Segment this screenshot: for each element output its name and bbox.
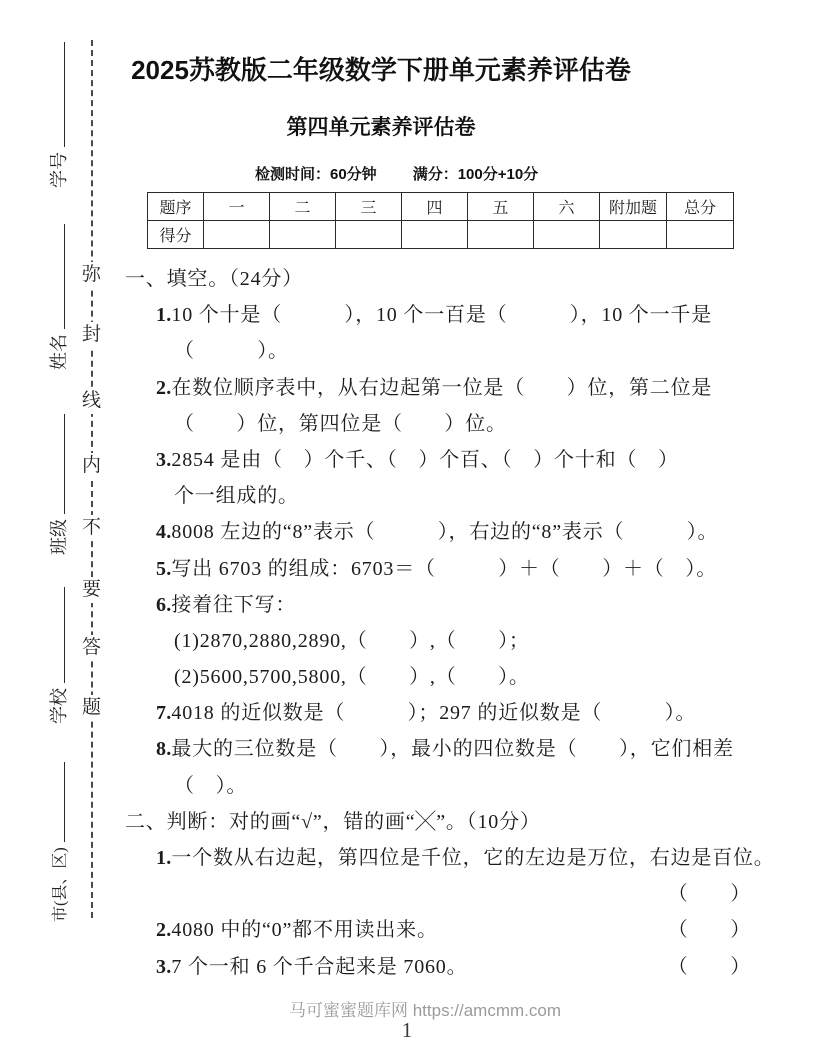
- score-table: 题序一二三四五六附加题总分 得分: [147, 192, 734, 249]
- answer-brackets: （ ）: [668, 912, 751, 948]
- question-line: 1.一个数从右边起，第四位是千位，它的左边是万位，右边是百位。: [125, 840, 773, 876]
- footer-site-link: 马可蜜蜜题库网 https://amcmm.com: [289, 996, 561, 1021]
- question-number: 1.: [156, 847, 171, 869]
- question-line: (2)5600,5700,5800,（ ）,（ ）。: [125, 659, 773, 695]
- student-field-3: 班级: [46, 414, 70, 438]
- score-table-header-cell: 附加题: [600, 193, 667, 221]
- score-table-header-cell: 四: [402, 193, 468, 221]
- question-line: （ ）。: [125, 768, 773, 804]
- question-line: 7.4018 的近似数是（ ）；297 的近似数是（ ）。: [125, 695, 773, 731]
- write-blank-line: [52, 414, 65, 514]
- seal-line-char: 内: [79, 453, 104, 479]
- score-cell: [270, 221, 336, 249]
- page-title: 2025苏教版二年级数学下册单元素养评估卷: [131, 50, 631, 87]
- question-text: 2854 是由（ ）个千、（ ）个百、（ ）个十和（ ）: [171, 449, 678, 471]
- question-line: 1.10 个十是（ ），10 个一百是（ ），10 个一千是: [125, 297, 773, 333]
- question-text: （ ）。: [174, 775, 247, 797]
- section-2-heading: 二、判断：对的画“√”，错的画“╳”。（10分）: [125, 804, 773, 840]
- question-line: (1)2870,2880,2890,（ ）,（ ）；: [125, 623, 773, 659]
- question-text: （ ）。: [174, 340, 289, 362]
- question-line: 3.2854 是由（ ）个千、（ ）个百、（ ）个十和（ ）: [125, 442, 773, 478]
- exam-paper-page: 学号姓名班级学校市(县、区)弥封线内不要答题 2025苏教版二年级数学下册单元素…: [0, 0, 816, 1056]
- seal-line-char: 弥: [79, 262, 104, 288]
- question-text: (1)2870,2880,2890,（ ）,（ ）；: [174, 630, 530, 652]
- seal-line-char: 不: [79, 515, 104, 541]
- score-table-score-row: 得分: [148, 221, 734, 249]
- score-table-header-cell: 五: [468, 193, 534, 221]
- question-number: 4.: [156, 521, 171, 543]
- student-field-label: 姓名: [45, 334, 71, 370]
- score-cell: [600, 221, 667, 249]
- score-table-header-cell: 六: [534, 193, 600, 221]
- question-line: 2.4080 中的“0”都不用读出来。（ ）: [125, 912, 773, 948]
- score-table-header-cell: 二: [270, 193, 336, 221]
- question-text: 一个数从右边起，第四位是千位，它的左边是万位，右边是百位。: [171, 847, 774, 869]
- score-cell: [336, 221, 402, 249]
- seal-line-char: 题: [79, 695, 104, 721]
- score-cell: [534, 221, 600, 249]
- score-cell: [667, 221, 734, 249]
- question-line: 5.写出 6703 的组成：6703＝（ ）＋（ ）＋（ ）。: [125, 551, 773, 587]
- student-field-label: 学校: [45, 688, 71, 724]
- score-table-header-row: 题序一二三四五六附加题总分: [148, 193, 734, 221]
- question-line: 3.7 个一和 6 个千合起来是 7060。（ ）: [125, 949, 773, 985]
- seal-line-char: 封: [79, 322, 104, 348]
- student-field-5: 市(县、区): [46, 762, 70, 786]
- score-row-label: 得分: [148, 221, 204, 249]
- write-blank-line: [52, 224, 65, 329]
- question-line: 个一组成的。: [125, 478, 773, 514]
- question-number: 5.: [156, 558, 171, 580]
- question-text: 写出 6703 的组成：6703＝（ ）＋（ ）＋（ ）。: [171, 558, 717, 580]
- question-number: 8.: [156, 738, 171, 760]
- question-number: 1.: [156, 304, 171, 326]
- write-blank-line: [52, 587, 65, 683]
- seal-line-char: 要: [79, 577, 104, 603]
- student-field-4: 学校: [46, 587, 70, 611]
- question-number: 3.: [156, 956, 171, 978]
- question-line: 2.在数位顺序表中，从右边起第一位是（ ）位，第二位是: [125, 370, 773, 406]
- answer-brackets: （ ）: [668, 949, 751, 985]
- question-number: 2.: [156, 919, 171, 941]
- student-field-1: 学号: [46, 42, 70, 66]
- write-blank-line: [52, 42, 65, 147]
- unit-subtitle: 第四单元素养评估卷: [287, 111, 476, 141]
- score-cell: [204, 221, 270, 249]
- question-text: 在数位顺序表中，从右边起第一位是（ ）位，第二位是: [171, 377, 712, 399]
- write-blank-line: [52, 762, 65, 842]
- question-text: (2)5600,5700,5800,（ ）,（ ）。: [174, 666, 530, 688]
- student-field-2: 姓名: [46, 224, 70, 248]
- question-text: 接着往下写：: [171, 594, 296, 616]
- seal-dashed-line: [91, 40, 93, 918]
- question-text: 4080 中的“0”都不用读出来。: [171, 919, 437, 941]
- student-field-label: 学号: [45, 152, 71, 188]
- question-text: 最大的三位数是（ ），最小的四位数是（ ），它们相差: [171, 738, 733, 760]
- score-cell: [468, 221, 534, 249]
- answer-brackets: （ ）: [125, 876, 773, 912]
- question-text: 8008 左边的“8”表示（ ），右边的“8”表示（ ）。: [171, 521, 718, 543]
- student-field-label: 班级: [45, 519, 71, 555]
- question-text: 10 个十是（ ），10 个一百是（ ），10 个一千是: [171, 304, 712, 326]
- question-number: 2.: [156, 377, 171, 399]
- question-number: 6.: [156, 594, 171, 616]
- score-table-header-cell: 题序: [148, 193, 204, 221]
- page-number: 1: [402, 1018, 413, 1043]
- question-text: 7 个一和 6 个千合起来是 7060。: [171, 956, 467, 978]
- question-line: 4.8008 左边的“8”表示（ ），右边的“8”表示（ ）。: [125, 514, 773, 550]
- question-line: 6.接着往下写：: [125, 587, 773, 623]
- exam-duration: 检测时间：60分钟: [255, 163, 377, 184]
- question-line: 8.最大的三位数是（ ），最小的四位数是（ ），它们相差: [125, 731, 773, 767]
- question-number: 7.: [156, 702, 171, 724]
- question-line: （ ）位，第四位是（ ）位。: [125, 406, 773, 442]
- seal-line-char: 线: [79, 388, 104, 414]
- exam-info: 检测时间：60分钟 满分：100分+10分: [255, 163, 538, 184]
- score-table-header-cell: 总分: [667, 193, 734, 221]
- student-field-label: 市(县、区): [47, 847, 70, 922]
- question-text: （ ）位，第四位是（ ）位。: [174, 413, 507, 435]
- score-table-header-cell: 一: [204, 193, 270, 221]
- seal-line-char: 答: [79, 635, 104, 661]
- exam-total-score: 满分：100分+10分: [413, 163, 538, 184]
- question-content: 一、填空。（24分）1.10 个十是（ ），10 个一百是（ ），10 个一千是…: [125, 261, 773, 985]
- question-text: 4018 的近似数是（ ）；297 的近似数是（ ）。: [171, 702, 696, 724]
- score-cell: [402, 221, 468, 249]
- score-table-header-cell: 三: [336, 193, 402, 221]
- question-number: 3.: [156, 449, 171, 471]
- question-text: 个一组成的。: [174, 485, 299, 507]
- question-line: （ ）。: [125, 333, 773, 369]
- section-1-heading: 一、填空。（24分）: [125, 261, 773, 297]
